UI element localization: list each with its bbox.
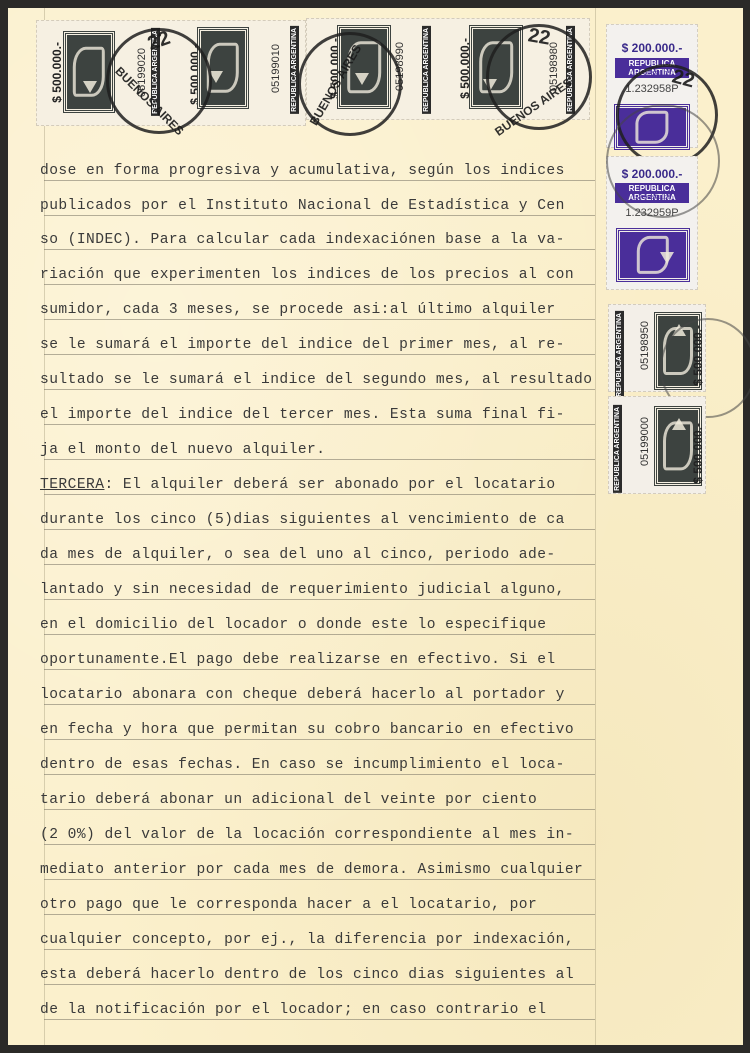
text-line: (2 0%) del valor de la locación correspo… [40,827,574,843]
stamp-label: REPUBLICA ARGENTINA [290,26,299,114]
stamp-label: REPUBLICA ARGENTINA [422,26,431,114]
text-line: publicados por el Instituto Nacional de … [40,198,565,214]
stamp-value: $ 500.000.- [691,423,705,484]
text-line: de la notificación por el locador; en ca… [40,1002,546,1018]
text-line: sultado se le sumará el indice del segun… [40,372,592,388]
text-line-section-tercera: TERCERA: El alquiler deberá ser abonado … [40,477,556,493]
text-line: mediato anterior por cada mes de demora.… [40,862,583,878]
postmark-cancel-5 [606,104,720,218]
text-line: locatario abonara con cheque deberá hace… [40,687,565,703]
stamp-value: $ 200.000.- [607,41,697,55]
text-line: oportunamente.El pago debe realizarse en… [40,652,556,668]
right-margin-line [595,8,596,1045]
stamp-serial: 05199010 [270,44,282,93]
text-line: ja el monto del nuevo alquiler. [40,442,325,458]
stamp-label: REPUBLICA ARGENTINA [613,405,622,493]
text-line: se le sumará el importe del indice del p… [40,337,565,353]
stamp-serial: 05198950 [639,321,651,370]
stamp-serial: 05199000 [639,417,651,466]
text-line: sumidor, cada 3 meses, se procede asi:al… [40,302,556,318]
text-line: cualquier concepto, por ej., la diferenc… [40,932,574,948]
text-line: en el domicilio del locador o donde este… [40,617,546,633]
text-line: riación que experimenten los indices de … [40,267,574,283]
text-line: so (INDEC). Para calcular cada indexació… [40,232,565,248]
text-line: dose en forma progresiva y acumulativa, … [40,163,565,179]
text-line: dentro de esas fechas. En caso se incump… [40,757,565,773]
revenue-stamp-6: REPUBLICA ARGENTINA 05199000 $ 500.000.- [608,396,706,494]
text-line: el importe del indice del tercer mes. Es… [40,407,565,423]
text-line: durante los cinco (5)dias siguientes al … [40,512,565,528]
stamp-label: REPUBLICA ARGENTINA [615,311,624,399]
document-page: $ 500.000.- REPUBLICA ARGENTINA 05199020… [8,8,743,1045]
stamp-image-emblem-icon [617,229,689,281]
text-line: tario deberá abonar un adicional del vei… [40,792,537,808]
text-line: da mes de alquiler, o sea del uno al cin… [40,547,556,563]
text-line: esta deberá hacerlo dentro de los cinco … [40,967,574,983]
text-line: otro pago que le corresponda hacer a el … [40,897,537,913]
section-heading: TERCERA [40,477,104,493]
text-line: en fecha y hora que permitan su cobro ba… [40,722,574,738]
stamp-value: $ 500.000.- [50,42,64,103]
postmark-number: 22 [526,24,552,51]
text-line: lantado y sin necesidad de requerimiento… [40,582,565,598]
